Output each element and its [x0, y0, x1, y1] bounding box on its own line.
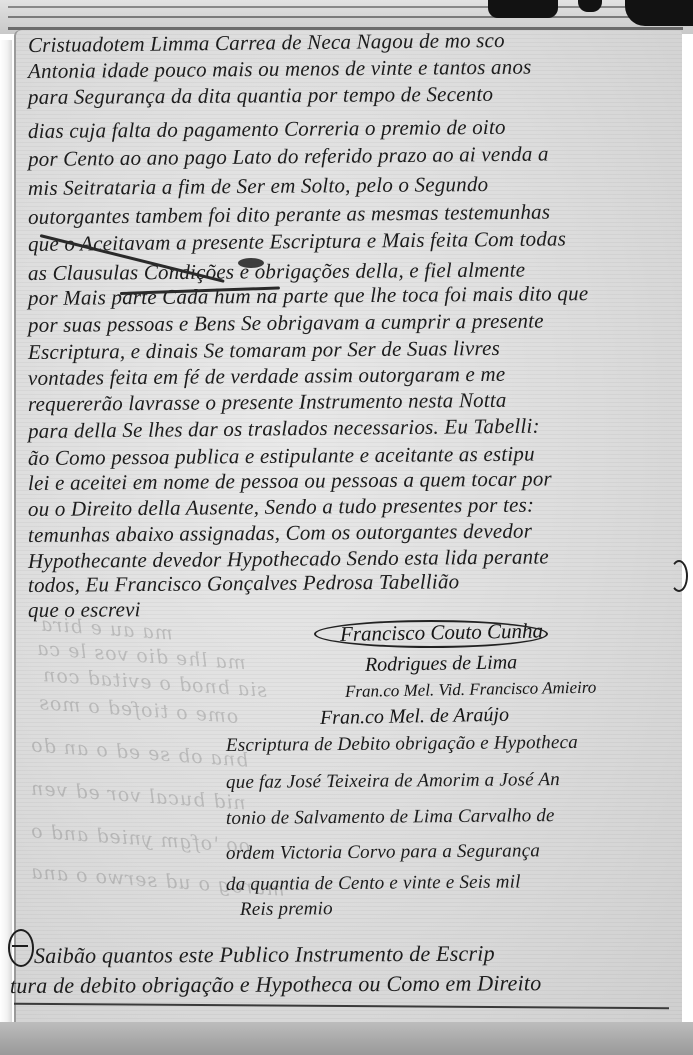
manuscript-line: mis Seitrataria a fim de Ser em Solto, p… [28, 171, 489, 201]
manuscript-line: que o escrevi [28, 596, 141, 623]
manuscript-line: dias cuja falta do pagamento Correria o … [28, 114, 506, 144]
scan-bottom-shadow [0, 1022, 693, 1055]
deed-heading-line: Reis premio [240, 896, 333, 923]
signature: Fran.co Mel. de Araújo [320, 704, 509, 730]
manuscript-line: todos, Eu Francisco Gonçalves Pedrosa Ta… [28, 568, 460, 598]
manuscript-line: por Mais parte Cada hum na parte que lhe… [28, 280, 589, 311]
manuscript-line: Escriptura, e dinais Se tomaram por Ser … [28, 335, 500, 365]
signature-flourish [314, 620, 548, 648]
manuscript-line: requererão lavrasse o presente Instrumen… [28, 387, 507, 417]
deed-heading-line: Escriptura de Debito obrigação e Hypothe… [226, 730, 578, 759]
manuscript-line: Antonia idade pouco mais ou menos de vin… [28, 54, 532, 84]
signature: Rodrigues de Lima [365, 651, 518, 677]
manuscript-line: Cristuadotem Limma Carrea de Neca Nagou … [28, 27, 505, 58]
ink-blot [238, 258, 264, 268]
manuscript-line: para Segurança da dita quantia por tempo… [28, 81, 493, 110]
torn-edge [625, 0, 693, 26]
deed-heading-line: tonio de Salvamento de Lima Carvalho de [226, 803, 555, 832]
manuscript-line: outorgantes tambem foi dito perante as m… [28, 199, 550, 230]
page-edge-line [8, 16, 673, 18]
manuscript-line: tura de debito obrigação e Hypotheca ou … [10, 970, 542, 999]
section-mark-icon [8, 929, 34, 967]
deed-heading-line: que faz José Teixeira de Amorim a José A… [226, 767, 560, 796]
manuscript-line: por Cento ao ano pago Lato do referido p… [28, 141, 549, 172]
scan-margin [0, 40, 12, 1055]
manuscript-line: Saibão quantos este Publico Instrumento … [34, 941, 495, 969]
line-end-flourish [670, 560, 688, 592]
manuscript-line: para della Se lhes dar os traslados nece… [28, 413, 540, 444]
torn-edge [488, 0, 558, 18]
manuscript-line: por suas pessoas e Bens Se obrigavam a c… [28, 307, 544, 337]
deed-heading-line: ordem Victoria Corvo para a Segurança [226, 838, 540, 867]
deed-heading-line: da quantia de Cento e vinte e Seis mil [226, 869, 521, 898]
